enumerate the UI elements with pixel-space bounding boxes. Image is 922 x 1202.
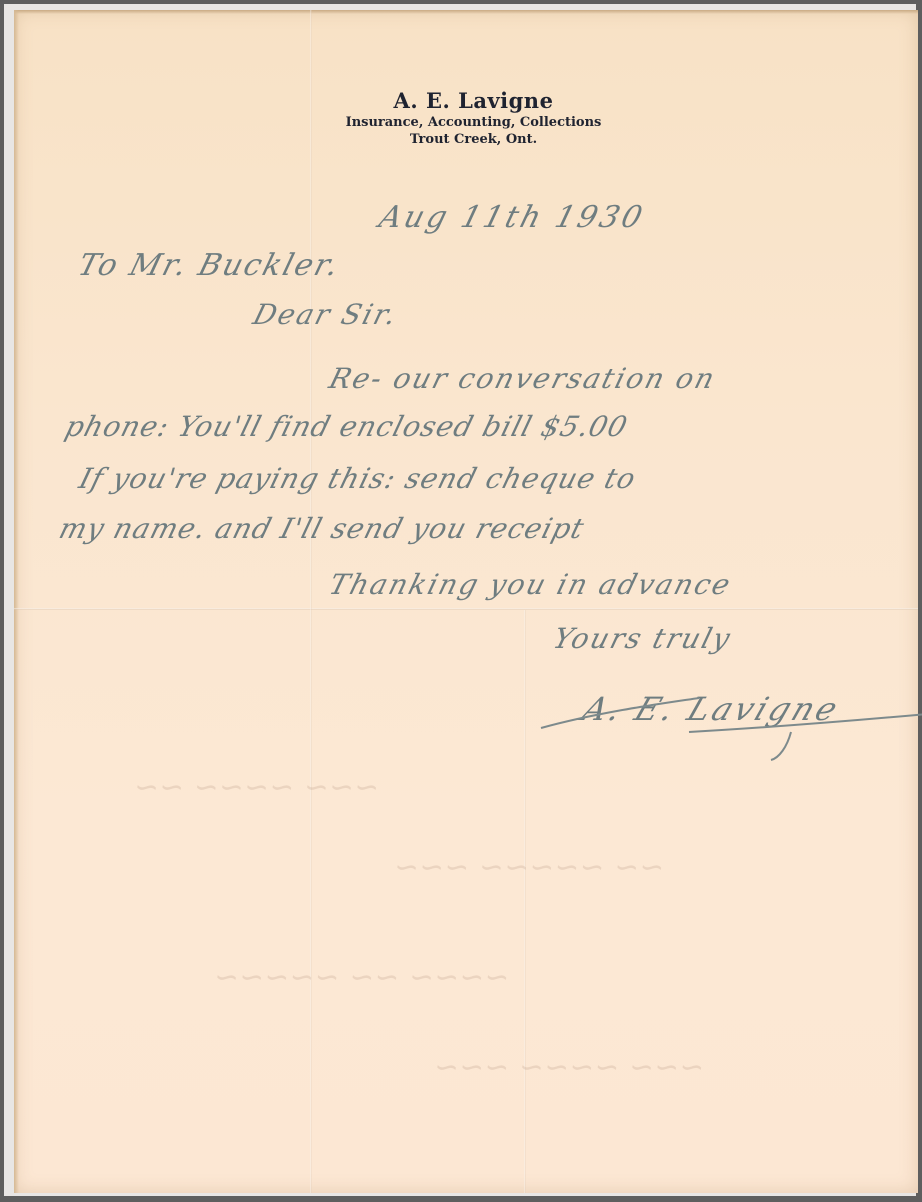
- salutation: Dear Sir.: [250, 298, 402, 331]
- letterhead-name: A. E. Lavigne: [29, 88, 918, 113]
- bleed-through-mark: ~~~ ~~~~ ~~~: [429, 1050, 709, 1085]
- closing-line: Thanking you in advance: [326, 568, 736, 601]
- letter-date: Aug 11th 1930: [375, 200, 649, 235]
- letter-paper: ~~~ ~~~~ ~~ ~~ ~~~~~ ~~~ ~~~~ ~~ ~~~~~ ~…: [14, 10, 918, 1193]
- body-line: my name. and I'll send you receipt: [56, 512, 589, 545]
- recipient-line: To Mr. Buckler.: [74, 248, 344, 283]
- body-line: If you're paying this: send cheque to: [76, 462, 640, 495]
- letterhead-location: Trout Creek, Ont.: [29, 132, 918, 147]
- paper-edge-top: [14, 10, 918, 14]
- paper-edge-left: [14, 10, 19, 1193]
- bleed-through-mark: ~~~ ~~~~ ~~: [129, 770, 384, 805]
- bleed-through-mark: ~~ ~~~~~ ~~~: [389, 850, 669, 885]
- letterhead: A. E. Lavigne Insurance, Accounting, Col…: [14, 88, 918, 147]
- fold-crease-horizontal: [14, 608, 918, 610]
- body-line: Re- our conversation on: [326, 362, 720, 395]
- fold-crease-vertical-left: [310, 10, 312, 1193]
- signature-flourish-icon: [539, 692, 922, 762]
- valediction: Yours truly: [550, 622, 736, 655]
- letterhead-services: Insurance, Accounting, Collections: [29, 115, 918, 130]
- fold-crease-vertical-right: [524, 610, 526, 1193]
- body-line: phone: You'll find enclosed bill $5.00: [62, 410, 632, 443]
- bleed-through-mark: ~~~~ ~~ ~~~~~: [209, 960, 514, 995]
